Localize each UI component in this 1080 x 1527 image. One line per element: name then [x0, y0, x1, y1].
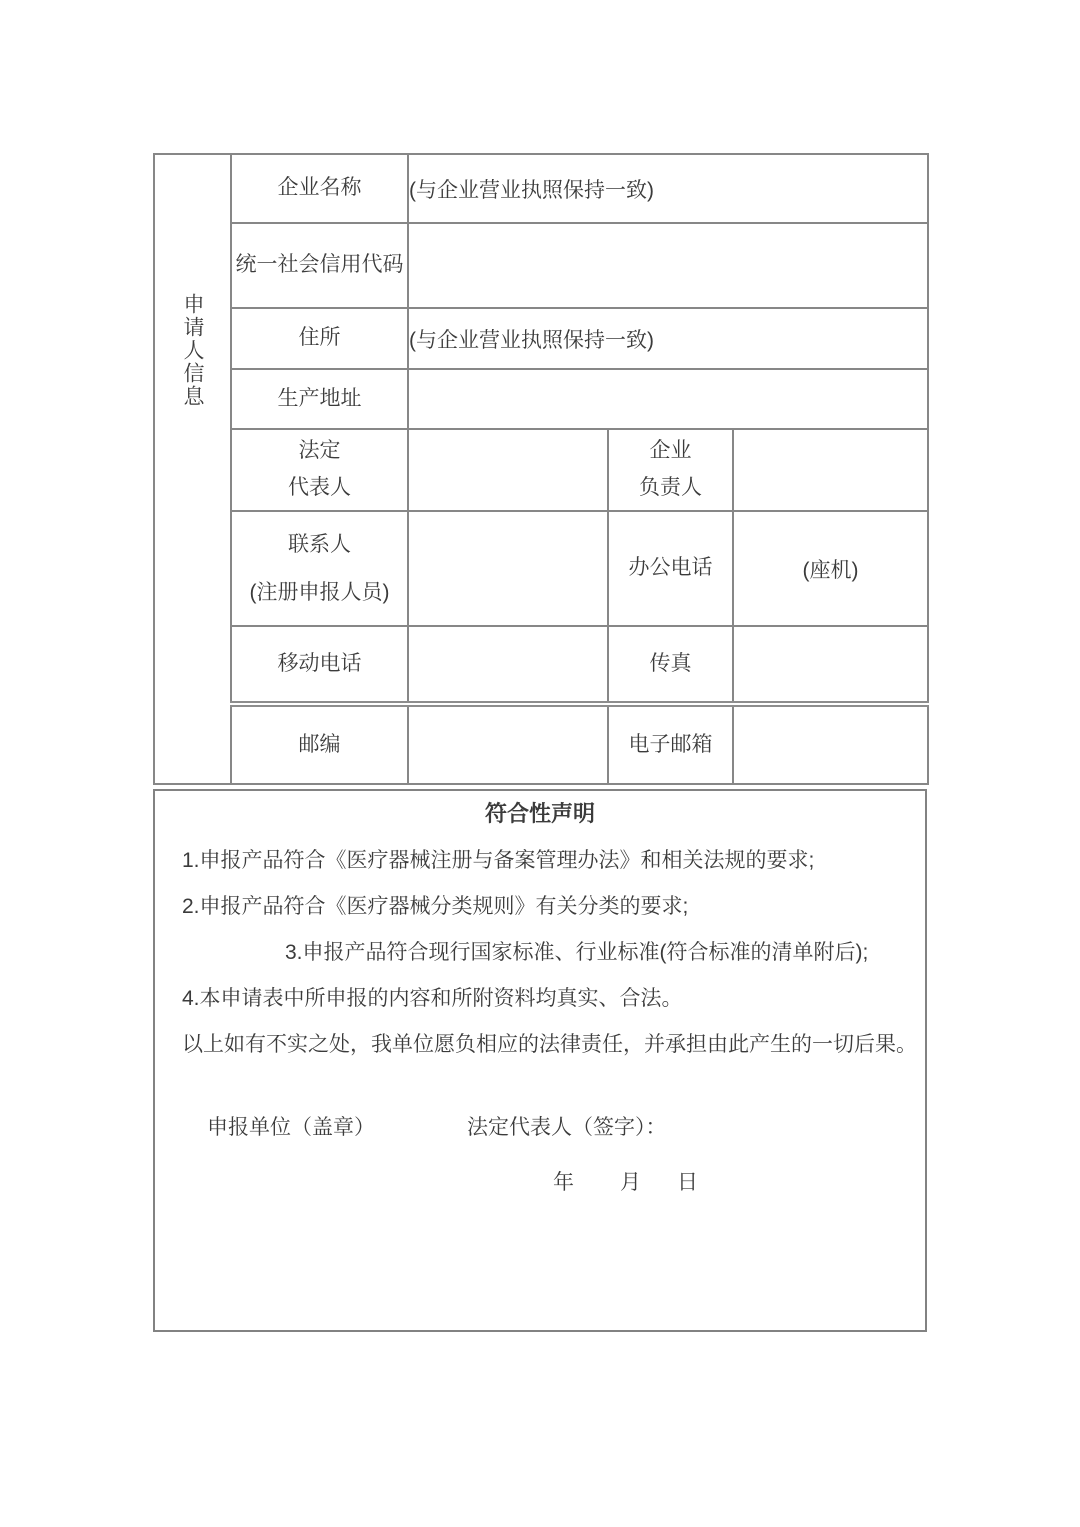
applicant-info-table: 申请人信息 企业名称 (与企业营业执照保持一致) 统一社会信用代码 住所 (与企… [153, 153, 929, 785]
value-postcode [408, 704, 608, 784]
signature-unit-seal-label: 申报单位（盖章） [207, 1111, 375, 1141]
value-credit-code [408, 223, 928, 308]
label-credit-code: 统一社会信用代码 [231, 223, 408, 308]
signature-row: 申报单位（盖章） 法定代表人（签字）： [155, 1111, 925, 1137]
label-production-address: 生产地址 [231, 369, 408, 429]
value-company-head [733, 429, 928, 511]
label-residence: 住所 [231, 308, 408, 369]
declaration-item-4: 4.本申请表中所申报的内容和所附资料均真实、合法。 [155, 986, 925, 1012]
day-label: 日 [677, 1166, 698, 1196]
value-residence: (与企业营业执照保持一致) [408, 308, 928, 369]
declaration-item-3: 3.申报产品符合现行国家标准、行业标准(符合标准的清单附后); [155, 940, 925, 966]
value-mobile-phone [408, 626, 608, 704]
value-contact [408, 511, 608, 626]
value-office-phone: (座机) [733, 511, 928, 626]
month-label: 月 [620, 1166, 641, 1196]
declaration-liability-statement: 以上如有不实之处，我单位愿负相应的法律责任，并承担由此产生的一切后果。 [155, 1032, 925, 1058]
label-company-name: 企业名称 [231, 154, 408, 223]
declaration-item-2: 2.申报产品符合《医疗器械分类规则》有关分类的要求; [155, 894, 925, 920]
section-label-applicant-info: 申请人信息 [182, 293, 203, 408]
declaration-item-1: 1.申报产品符合《医疗器械注册与备案管理办法》和相关法规的要求; [155, 848, 925, 874]
date-row: 年 月 日 [155, 1166, 925, 1192]
label-legal-rep: 法定 代表人 [231, 429, 408, 511]
value-email [733, 704, 928, 784]
value-fax [733, 626, 928, 704]
year-label: 年 [553, 1166, 574, 1196]
value-legal-rep [408, 429, 608, 511]
declaration-title: 符合性声明 [155, 791, 925, 826]
label-fax: 传真 [608, 626, 733, 704]
label-mobile-phone: 移动电话 [231, 626, 408, 704]
declaration-items: 1.申报产品符合《医疗器械注册与备案管理办法》和相关法规的要求; 2.申报产品符… [155, 848, 925, 1058]
section-label-cell: 申请人信息 [154, 154, 231, 784]
value-company-name: (与企业营业执照保持一致) [408, 154, 928, 223]
label-contact: 联系人 (注册申报人员) [231, 511, 408, 626]
signature-legal-rep-label: 法定代表人（签字）： [467, 1111, 667, 1141]
label-postcode: 邮编 [231, 704, 408, 784]
value-production-address [408, 369, 928, 429]
form-page: 申请人信息 企业名称 (与企业营业执照保持一致) 统一社会信用代码 住所 (与企… [0, 0, 1080, 1527]
declaration-box: 符合性声明 1.申报产品符合《医疗器械注册与备案管理办法》和相关法规的要求; 2… [153, 789, 927, 1332]
label-email: 电子邮箱 [608, 704, 733, 784]
label-company-head: 企业 负责人 [608, 429, 733, 511]
label-office-phone: 办公电话 [608, 511, 733, 626]
